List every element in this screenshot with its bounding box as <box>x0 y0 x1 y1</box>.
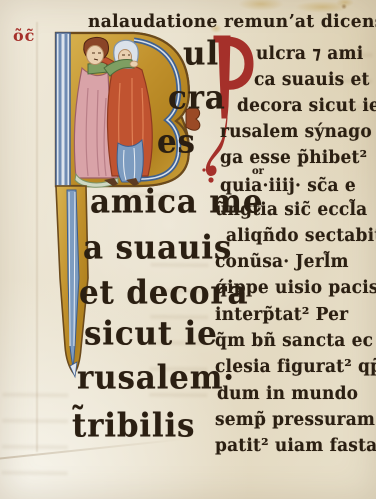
left-figure-hand <box>130 61 138 67</box>
left-column-line: cra <box>168 79 226 117</box>
right-column-line: clesia figurat² qp̃ <box>215 357 376 378</box>
right-column-line: q́ippe uisio pacis <box>215 278 376 299</box>
left-column-line: sicut ie <box>84 315 218 353</box>
left-figure-face <box>87 46 104 65</box>
ruling-line <box>36 22 38 452</box>
left-column-line: es <box>157 123 196 161</box>
right-column-line: decora sicut ie <box>237 96 376 117</box>
right-column-line: q̃m bñ sancta ec <box>215 331 373 352</box>
right-column-line: conũsa· Jerl̃m <box>215 252 349 273</box>
initial-p-upright <box>56 33 70 186</box>
manuscript-page: nalaudatione remunʼat dicens· õc̃ <box>0 0 376 499</box>
right-column-line: ũngtia sic̃ eccl̃a <box>215 200 367 221</box>
right-column-line: ga esse p̃hibet² <box>220 148 367 169</box>
left-column-line: rusalem· <box>77 359 235 397</box>
marginal-mark: õc̃ <box>13 26 35 45</box>
right-figure-skirt <box>117 140 143 182</box>
right-column-line: rusalem sýnago <box>220 122 372 143</box>
left-column-line: a suauis <box>83 229 232 267</box>
stain <box>238 0 284 11</box>
ink-speck <box>341 4 347 9</box>
right-column-line: patit² uiam fasta <box>215 436 376 457</box>
show-through-text <box>2 385 69 481</box>
right-column-line: aliqñdo sectabit² <box>226 226 376 247</box>
right-column-line: ca suauis et <box>254 70 370 91</box>
right-column-line: quia·iiij· sc̃a e <box>220 176 356 197</box>
right-column-line: dum in mundo <box>217 384 358 405</box>
left-column-line: t̃ribilis <box>72 407 195 445</box>
right-column-line: interp̃tat² Per <box>215 305 348 326</box>
right-column-line: semp̃ pressuram <box>215 410 375 431</box>
right-column-line: ulcra ⁊ ami <box>256 44 363 65</box>
left-column-line: ul <box>183 35 219 73</box>
